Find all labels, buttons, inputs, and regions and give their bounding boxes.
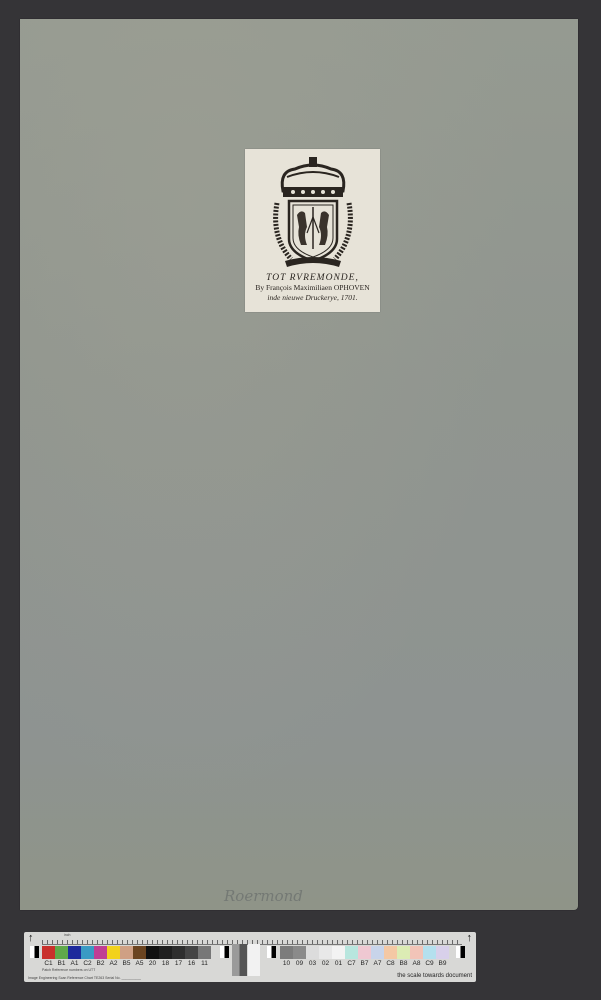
- bw-mini-patch: [30, 946, 39, 958]
- patch-label: 18: [159, 960, 172, 967]
- imprint-text: TOT RVREMONDE, By François Maximiliaen O…: [245, 273, 380, 303]
- patch-note: Patch Reference numbers on UTT: [42, 968, 95, 972]
- patch-label: B9: [436, 960, 449, 967]
- up-arrow-icon: ↑: [28, 933, 34, 944]
- patch-label: A2: [107, 960, 120, 967]
- ruler-label: inch: [64, 933, 70, 937]
- color-patch-B2: [94, 946, 107, 959]
- patch-label: 16: [185, 960, 198, 967]
- patch-label: C2: [81, 960, 94, 967]
- patch-label: C7: [345, 960, 358, 967]
- patch-label: A7: [371, 960, 384, 967]
- left-patch-labels: C1B1A1C2B2A2B5A52018171611: [42, 960, 211, 967]
- color-patch-02: [319, 946, 332, 959]
- right-patch-labels: 1009030201C7B7A7C8B8A8C9B9: [280, 960, 449, 967]
- color-patch-16: [185, 946, 198, 959]
- color-patch-A5: [133, 946, 146, 959]
- right-color-patches: [280, 946, 449, 959]
- color-patch-B7: [358, 946, 371, 959]
- color-reference-chart: ↑ ↑ inch C1B1A1C2B2A2B5A52018171611 Patc…: [24, 932, 476, 982]
- up-arrow-icon: ↑: [467, 933, 473, 944]
- crowned-shield-with-lions-icon: [269, 157, 357, 269]
- color-patch-B8: [397, 946, 410, 959]
- color-patch-B9: [436, 946, 449, 959]
- patch-label: C9: [423, 960, 436, 967]
- color-patch-B1: [55, 946, 68, 959]
- color-patch-C2: [81, 946, 94, 959]
- printer-device-card: TOT RVREMONDE, By François Maximiliaen O…: [245, 149, 380, 312]
- step-wedge: [248, 944, 260, 976]
- color-patch-C8: [384, 946, 397, 959]
- patch-label: C8: [384, 960, 397, 967]
- color-patch-20: [146, 946, 159, 959]
- paper-sheet: TOT RVREMONDE, By François Maximiliaen O…: [20, 19, 578, 910]
- color-patch-17: [172, 946, 185, 959]
- imprint-line-3: inde nieuwe Druckerye, 1701.: [245, 293, 380, 303]
- color-patch-C9: [423, 946, 436, 959]
- patch-label: A1: [68, 960, 81, 967]
- color-patch-10: [280, 946, 293, 959]
- color-patch-A2: [107, 946, 120, 959]
- imprint-line-2: By François Maximiliaen OPHOVEN: [245, 283, 380, 293]
- patch-label: B8: [397, 960, 410, 967]
- scale-note: the scale towards document: [397, 973, 472, 979]
- color-patch-A1: [68, 946, 81, 959]
- chart-footer-text: Image Engineering Scan Reference Chart T…: [28, 976, 141, 980]
- patch-label: 11: [198, 960, 211, 967]
- patch-label: A8: [410, 960, 423, 967]
- color-patch-A8: [410, 946, 423, 959]
- patch-label: B7: [358, 960, 371, 967]
- patch-label: 09: [293, 960, 306, 967]
- left-color-patches: [42, 946, 211, 959]
- gray-reference-block: [232, 944, 247, 976]
- patch-label: B1: [55, 960, 68, 967]
- color-patch-18: [159, 946, 172, 959]
- bw-mini-patch: [267, 946, 276, 958]
- patch-label: 17: [172, 960, 185, 967]
- patch-label: 10: [280, 960, 293, 967]
- color-patch-C1: [42, 946, 55, 959]
- patch-label: A5: [133, 960, 146, 967]
- color-patch-03: [306, 946, 319, 959]
- color-patch-11: [198, 946, 211, 959]
- patch-label: 03: [306, 960, 319, 967]
- patch-label: C1: [42, 960, 55, 967]
- color-patch-01: [332, 946, 345, 959]
- color-patch-C7: [345, 946, 358, 959]
- color-patch-09: [293, 946, 306, 959]
- imprint-line-1: TOT RVREMONDE,: [245, 273, 380, 283]
- color-patch-A7: [371, 946, 384, 959]
- patch-label: B2: [94, 960, 107, 967]
- patch-label: B5: [120, 960, 133, 967]
- pencil-signature: Roermond: [224, 887, 314, 911]
- patch-label: 01: [332, 960, 345, 967]
- patch-label: 20: [146, 960, 159, 967]
- bw-mini-patch: [220, 946, 229, 958]
- patch-label: 02: [319, 960, 332, 967]
- bw-mini-patch: [456, 946, 465, 958]
- color-patch-B5: [120, 946, 133, 959]
